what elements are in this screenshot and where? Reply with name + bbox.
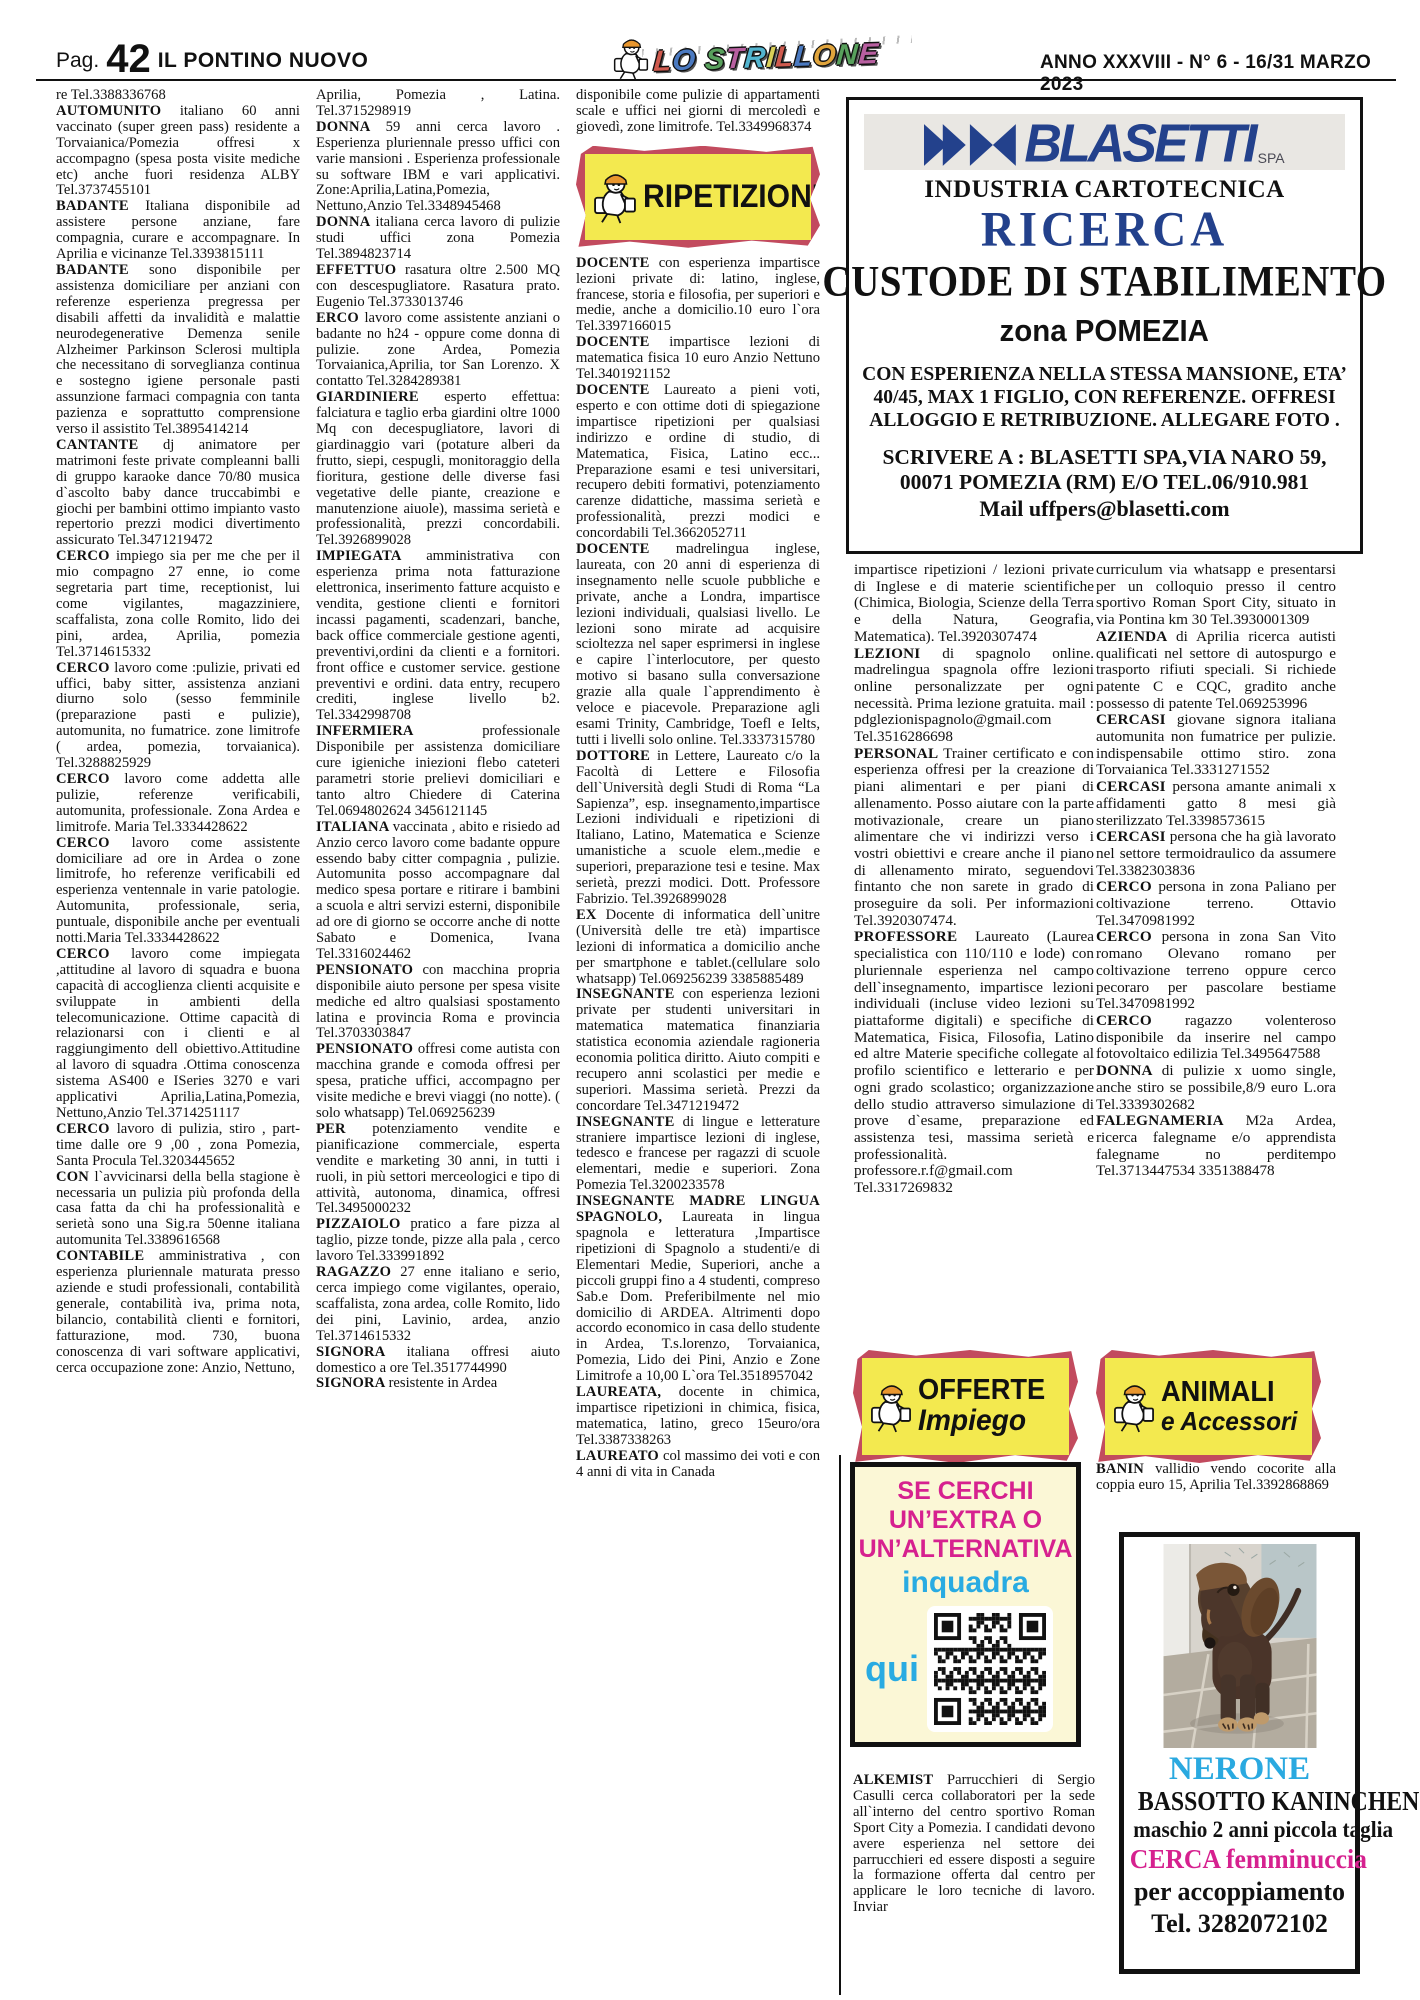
classified-ad: CERCO persona in zona Paliano per coltiv… [1096, 879, 1336, 929]
classified-ad: PER potenziamento vendite e pianificazio… [316, 1122, 560, 1217]
blasetti-headline-role: CUSTODE DI STABILIMENTO [822, 260, 1386, 304]
classified-ad: EX Docente di informatica dell`unitre (U… [576, 908, 820, 988]
classified-ad: GIARDINIERE esperto effettua: falciatura… [316, 390, 560, 549]
blasetti-requirements-text: CON ESPERIENZA NELLA STESSA MANSIONE, ET… [849, 363, 1360, 432]
offerte-badge-line1: OFFERTE [918, 1376, 1045, 1406]
classified-ad: CERCO lavoro come assistente domiciliare… [56, 836, 300, 947]
classifieds-column-5: curriculum via whatsapp e presentarsi pe… [1096, 562, 1336, 1344]
classified-ad: IMPIEGATA amministrativa con esperienza … [316, 549, 560, 724]
qr-ad-line3: UN’ALTERNATIVA [855, 1535, 1076, 1564]
classified-ad: BADANTE Italiana disponibile ad assister… [56, 199, 300, 263]
blasetti-headline-ricerca: RICERCA [981, 206, 1228, 255]
classified-ad: CERCASI persona amante animali x affidam… [1096, 779, 1336, 829]
newsboy-icon [869, 1376, 913, 1438]
classified-ad: BANIN vallidio vendo cocorite alla coppi… [1096, 1462, 1336, 1494]
classified-ad: CON l`avvicinarsi della bella stagione è… [56, 1170, 300, 1250]
blasetti-job-ad: BLASETTI SPA INDUSTRIA CARTOTECNICA RICE… [846, 97, 1363, 554]
ripetizioni-section-badge: RIPETIZIONI [576, 146, 820, 248]
classified-ad: CERCO ragazzo volenteroso disponibile da… [1096, 1013, 1336, 1063]
classified-ad: RAGAZZO 27 enne italiano e serio, cerca … [316, 1265, 560, 1345]
classified-ad: LAUREATO col massimo dei voti e con 4 an… [576, 1449, 820, 1481]
classifieds-column-1: re Tel.3388336768AUTOMUNITO italiano 60 … [56, 88, 300, 1993]
classified-ad: INFERMIERA professionale Disponibile per… [316, 724, 560, 819]
classified-ad: LEZIONI di spagnolo online. madrelingua … [854, 646, 1094, 746]
header-rule [36, 79, 1396, 81]
qr-ad-line2: UN’EXTRA O [855, 1506, 1076, 1535]
page-number: 42 [106, 42, 151, 76]
qr-ad-line1: SE CERCHI [855, 1477, 1076, 1506]
classified-ad: FALEGNAMERIA M2a Ardea, ricerca falegnam… [1096, 1113, 1336, 1180]
classified-ad: INSEGNANTE di lingue e letterature stran… [576, 1115, 820, 1195]
classified-ad: ALKEMIST Parrucchieri di Sergio Casulli … [853, 1773, 1095, 1916]
classified-ad: ITALIANA vaccinata , abito e risiedo ad … [316, 820, 560, 963]
dog-seeking-line: CERCA femminuccia [1130, 1845, 1349, 1875]
newspaper-name: IL PONTINO NUOVO [158, 49, 369, 76]
offerte-impiego-section-badge: OFFERTE Impiego [853, 1350, 1078, 1463]
dog-breed: BASSOTTO KANINCHEN [1138, 1787, 1341, 1815]
blasetti-brand-suffix: SPA [1258, 150, 1285, 166]
qr-code [927, 1606, 1053, 1732]
blasetti-logo: BLASETTI SPA [864, 114, 1344, 170]
classified-ad: PERSONAL Trainer certificato e con esper… [854, 746, 1094, 930]
classified-ad: CERCASI persona che ha già lavorato nel … [1096, 829, 1336, 879]
page-label: Pag. [56, 49, 99, 76]
animali-badge-line2: e Accessori [1161, 1408, 1297, 1435]
classified-ad: CERCO lavoro di pulizia, stiro , part-ti… [56, 1122, 300, 1170]
animali-badge-line1: ANIMALI [1161, 1378, 1297, 1408]
nerone-dog-ad: NERONE BASSOTTO KANINCHEN maschio 2 anni… [1119, 1532, 1360, 1974]
classified-ad: CERCO lavoro come addetta alle pulizie, … [56, 772, 300, 836]
classified-ad: ERCO lavoro come assistente anziani o ba… [316, 311, 560, 391]
classifieds-column-4: impartisce ripetizioni / lezioni private… [854, 562, 1094, 1344]
masthead-logo: LO STRILLONE [612, 36, 932, 80]
classified-ad: DOCENTE Laureato a pieni voti, esperto e… [576, 383, 820, 542]
classified-ad: PENSIONATO offresi come autista con macc… [316, 1042, 560, 1122]
banin-ad-block: BANIN vallidio vendo cocorite alla coppi… [1096, 1462, 1336, 1494]
classified-ad: disponibile come pulizie di appartamenti… [576, 88, 820, 136]
classified-ad: PIZZAIOLO pratico a fare pizza al taglio… [316, 1217, 560, 1265]
classified-ad: PENSIONATO con macchina propria disponib… [316, 963, 560, 1043]
column-divider-rule [839, 1455, 841, 1995]
blasetti-email-line: Mail uffpers@blasetti.com [979, 496, 1229, 522]
classified-ad: CERCO persona in zona San Vito romano Ol… [1096, 929, 1336, 1013]
classified-ad: DOCENTE madrelingua inglese, laureata, c… [576, 542, 820, 749]
qr-ad-qui: qui [865, 1648, 919, 1690]
classified-ad: DONNA 59 anni cerca lavoro . Esperienza … [316, 120, 560, 215]
blasetti-brand-name: BLASETTI [1024, 119, 1254, 169]
dog-name: NERONE [1124, 1752, 1355, 1787]
newsboy-icon [612, 36, 650, 80]
classified-ad: curriculum via whatsapp e presentarsi pe… [1096, 562, 1336, 629]
classified-ad: LAUREATA, docente in chimica, impartisce… [576, 1385, 820, 1449]
page-header-left: Pag. 42 IL PONTINO NUOVO [56, 42, 368, 76]
issue-info: ANNO XXXVIII - N° 6 - 16/31 MARZO 2023 [1040, 52, 1420, 96]
blasetti-chevrons-icon [924, 122, 1020, 168]
classified-ad: DOCENTE impartisce lezioni di matematica… [576, 335, 820, 383]
classified-ad: CERCO impiego sia per me che per il mio … [56, 549, 300, 660]
classified-ad: BADANTE sono disponibile per assistenza … [56, 263, 300, 438]
dog-details: maschio 2 anni piccola taglia [1133, 1817, 1346, 1842]
alkemist-ad-block: ALKEMIST Parrucchieri di Sergio Casulli … [853, 1773, 1095, 1916]
classified-ad: SIGNORA resistente in Ardea [316, 1376, 560, 1392]
classified-ad: DONNA italiana cerca lavoro di pulizie s… [316, 215, 560, 263]
qr-ad-inquadra: inquadra [855, 1566, 1076, 1600]
classified-ad: DOTTORE in Lettere, Laureato c/o la Faco… [576, 749, 820, 908]
classified-ad: CERCO lavoro come impiegata ,attitudine … [56, 947, 300, 1122]
classifieds-column-3: disponibile come pulizie di appartamenti… [576, 88, 820, 1993]
classified-ad: EFFETTUO rasatura oltre 2.500 MQ con des… [316, 263, 560, 311]
classified-ad: CANTANTE dj animatore per matrimoni fest… [56, 438, 300, 549]
classified-ad: AUTOMUNITO italiano 60 anni vaccinato (s… [56, 104, 300, 199]
masthead-title: LO STRILLONE [652, 38, 880, 79]
blasetti-contact-text: SCRIVERE A : BLASETTI SPA,VIA NARO 59, 0… [849, 445, 1360, 495]
classified-ad: INSEGNANTE MADRE LINGUA SPAGNOLO, Laurea… [576, 1194, 820, 1385]
dog-photo [1162, 1544, 1318, 1748]
offerte-badge-line2: Impiego [918, 1406, 1045, 1437]
classified-ad: CERCO lavoro come :pulizie, privati ed u… [56, 661, 300, 772]
newsboy-icon [592, 167, 638, 227]
blasetti-industry-line: INDUSTRIA CARTOTECNICA [924, 176, 1284, 204]
classified-ad: CONTABILE amministrativa , con esperienz… [56, 1249, 300, 1376]
classified-ad: PROFESSORE Laureato (Laurea specialistic… [854, 929, 1094, 1196]
classified-ad: SIGNORA italiana offresi aiuto domestico… [316, 1345, 560, 1377]
classifieds-column-2: Aprilia, Pomezia , Latina. Tel.371529891… [316, 88, 560, 1993]
ripetizioni-badge-label: RIPETIZIONI [643, 180, 820, 213]
newspaper-page: Pag. 42 IL PONTINO NUOVO LO STRILLONE AN… [0, 0, 1420, 2000]
classified-ad: AZIENDA di Aprilia ricerca autisti quali… [1096, 629, 1336, 713]
classified-ad: DOCENTE con esperienza impartisce lezion… [576, 256, 820, 336]
newsboy-icon [1112, 1376, 1156, 1438]
classified-ad: Aprilia, Pomezia , Latina. Tel.371529891… [316, 88, 560, 120]
classified-ad: DONNA di pulizie x uomo single, anche st… [1096, 1063, 1336, 1113]
classifieds-column-3-top: disponibile come pulizie di appartamenti… [576, 88, 820, 136]
animali-section-badge: ANIMALI e Accessori [1096, 1350, 1321, 1463]
dog-ad-phone: Tel. 3282072102 [1124, 1910, 1355, 1939]
classified-ad: re Tel.3388336768 [56, 88, 300, 104]
classified-ad: impartisce ripetizioni / lezioni private… [854, 562, 1094, 646]
blasetti-zone-line: zona POMEZIA [1000, 313, 1209, 349]
qr-promo-ad: SE CERCHI UN’EXTRA O UN’ALTERNATIVA inqu… [850, 1462, 1081, 1747]
dog-purpose-line: per accoppiamento [1124, 1878, 1355, 1907]
classifieds-column-3-bottom: DOCENTE con esperienza impartisce lezion… [576, 256, 820, 1481]
classified-ad: CERCASI giovane signora italiana automun… [1096, 712, 1336, 779]
classified-ad: INSEGNANTE con esperienza lezioni privat… [576, 987, 820, 1114]
